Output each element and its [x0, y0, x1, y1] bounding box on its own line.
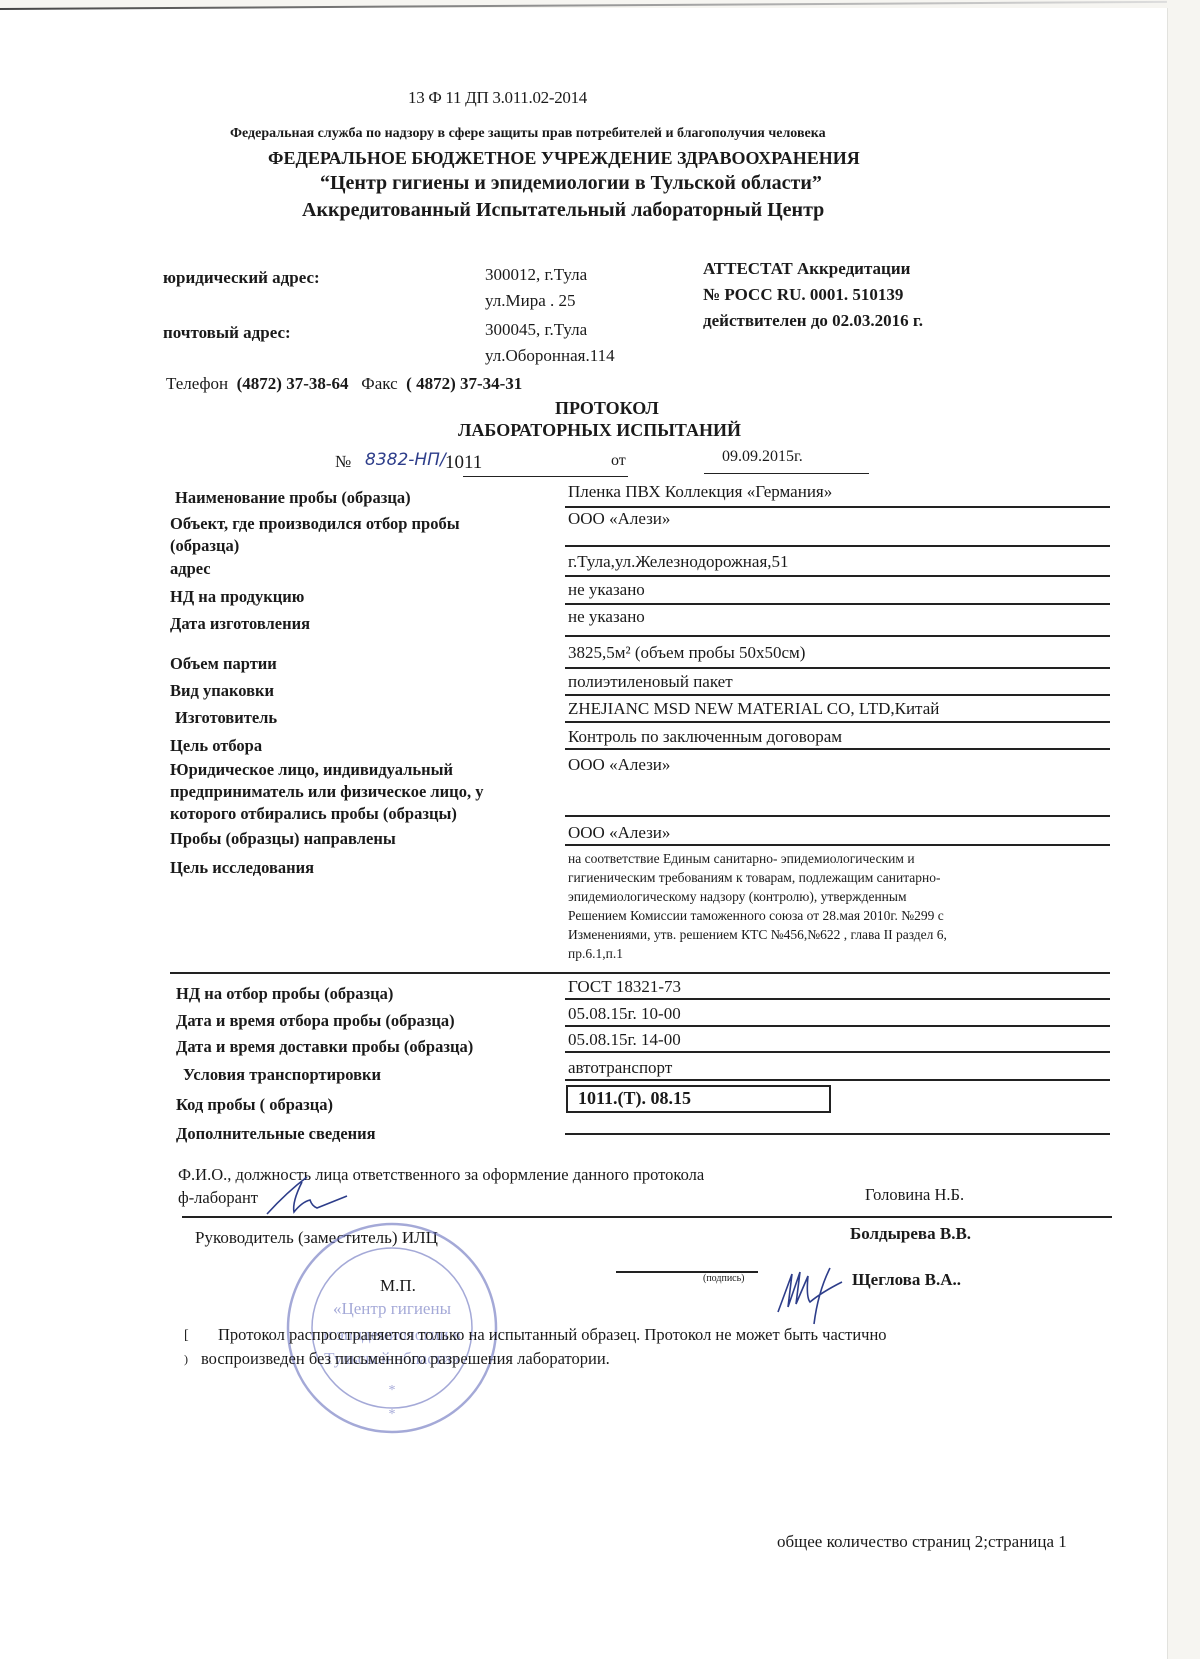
- section-divider: [170, 972, 1110, 974]
- postal-address-value: 300045, г.Тула ул.Оборонная.114: [485, 317, 615, 369]
- field-label-packaging: Вид упаковки: [170, 680, 274, 702]
- contacts-line: Телефон (4872) 37-38-64 Факс ( 4872) 37-…: [166, 374, 522, 394]
- date-underline: [704, 473, 869, 474]
- seal-label: М.П.: [380, 1276, 416, 1296]
- field-line: [565, 815, 1110, 817]
- note-line-1: Протокол распространяется только на испы…: [218, 1325, 887, 1345]
- protocol-number: № 8382-НП/ 1011: [335, 450, 635, 480]
- field-line: [565, 506, 1110, 508]
- handwritten-number: 8382-НП/: [365, 450, 446, 470]
- note-line-2: воспроизведен без письменного разрешения…: [201, 1349, 610, 1369]
- field-line: [565, 694, 1110, 696]
- field-line: [565, 1051, 1110, 1053]
- postal-address-line2: ул.Оборонная.114: [485, 343, 615, 369]
- field-label-object: Объект, где производился отбор пробы: [170, 513, 460, 535]
- field-label-additional-info: Дополнительные сведения: [176, 1123, 376, 1145]
- field-value-legal-entity: ООО «Алези»: [568, 755, 670, 775]
- fax-value: ( 4872) 37-34-31: [406, 374, 522, 393]
- field-value-nd-product: не указано: [568, 580, 645, 600]
- number-underline: [463, 476, 628, 477]
- field-label-sample-name: Наименование пробы (образца): [175, 487, 411, 509]
- field-label-object-2: (образца): [170, 535, 239, 557]
- field-value-sample-code: 1011.(Т). 08.15: [578, 1088, 691, 1109]
- field-value-nd-sampling: ГОСТ 18321-73: [568, 977, 681, 997]
- field-label-delivery-datetime: Дата и время доставки пробы (образца): [176, 1036, 473, 1058]
- field-value-sample-name: Пленка ПВХ Коллекция «Германия»: [568, 482, 832, 502]
- field-line: [565, 635, 1110, 637]
- accreditation-block: АТТЕСТАТ Аккредитации № РОСС RU. 0001. 5…: [703, 256, 923, 334]
- field-value-object: ООО «Алези»: [568, 509, 670, 529]
- number-sign: №: [335, 452, 351, 472]
- field-value-manufacture-date: не указано: [568, 607, 645, 627]
- field-label-legal-entity: Юридическое лицо, индивидуальный: [170, 759, 453, 781]
- head-name: Болдырева В.В.: [850, 1224, 971, 1244]
- fax-label: Факс: [361, 374, 397, 393]
- field-value-transport: автотранспорт: [568, 1058, 672, 1078]
- field-value-packaging: полиэтиленовый пакет: [568, 672, 733, 692]
- field-line: [565, 844, 1110, 846]
- field-value-research-purpose: на соответствие Единым санитарно- эпидем…: [568, 849, 1108, 963]
- research-line: Изменениями, утв. решением КТС №456,№622…: [568, 925, 1108, 944]
- signature-caption: (подпись): [703, 1273, 745, 1284]
- field-line: [565, 1025, 1110, 1027]
- research-line: Решением Комиссии таможенного союза от 2…: [568, 906, 1108, 925]
- note-mark: ): [184, 1352, 188, 1367]
- field-value-batch-volume: 3825,5м² (объем пробы 50х50см): [568, 643, 805, 663]
- accreditation-title: АТТЕСТАТ Аккредитации: [703, 256, 923, 282]
- signature-divider: [182, 1216, 1112, 1218]
- field-label-batch-volume: Объем партии: [170, 653, 277, 675]
- head-label: Руководитель (заместитель) ИЛЦ: [195, 1228, 438, 1248]
- protocol-date: 09.09.2015г.: [722, 448, 803, 466]
- responsible-name: Головина Н.Б.: [865, 1185, 964, 1205]
- research-line: гигиеническим требованиям к товарам, под…: [568, 868, 1108, 887]
- accreditation-number: № РОСС RU. 0001. 510139: [703, 282, 923, 308]
- responsible-position: ф-лаборант: [178, 1188, 258, 1208]
- field-label-sent-to: Пробы (образцы) направлены: [170, 828, 396, 850]
- protocol-title: ПРОТОКОЛ: [555, 398, 659, 419]
- field-value-delivery-datetime: 05.08.15г. 14-00: [568, 1030, 681, 1050]
- field-value-sent-to: ООО «Алези»: [568, 823, 670, 843]
- field-label-sampling-purpose: Цель отбора: [170, 735, 262, 757]
- responsible-person-label: Ф.И.О., должность лица ответственного за…: [178, 1165, 704, 1185]
- legal-address-label: юридический адрес:: [163, 268, 320, 288]
- legal-address-line2: ул.Мира . 25: [485, 288, 587, 314]
- field-label-transport: Условия транспортировки: [183, 1064, 381, 1086]
- institution-name: ФЕДЕРАЛЬНОЕ БЮДЖЕТНОЕ УЧРЕЖДЕНИЕ ЗДРАВОО…: [268, 148, 860, 169]
- center-name: “Центр гигиены и эпидемиологии в Тульско…: [320, 172, 822, 195]
- service-name: Федеральная служба по надзору в сфере за…: [230, 126, 826, 142]
- page-count: общее количество страниц 2;страница 1: [777, 1532, 1067, 1552]
- field-line: [565, 998, 1110, 1000]
- field-value-sampling-datetime: 05.08.15г. 10-00: [568, 1004, 681, 1024]
- field-line: [565, 667, 1110, 669]
- field-line: [565, 1133, 1110, 1135]
- protocol-subtitle: ЛАБОРАТОРНЫХ ИСПЫТАНИЙ: [458, 420, 741, 441]
- postal-address-label: почтовый адрес:: [163, 323, 291, 343]
- signer-name: Щеглова В.А..: [852, 1270, 961, 1290]
- research-line: эпидемиологическому надзору (контролю), …: [568, 887, 1108, 906]
- legal-address-value: 300012, г.Тула ул.Мира . 25: [485, 262, 587, 314]
- phone-value: (4872) 37-38-64: [237, 374, 349, 393]
- field-label-nd-product: НД на продукцию: [170, 586, 304, 608]
- field-label-legal-entity-3: которого отбирались пробы (образцы): [170, 803, 457, 825]
- field-line: [565, 575, 1110, 577]
- postal-address-line1: 300045, г.Тула: [485, 317, 615, 343]
- field-label-legal-entity-2: предприниматель или физическое лицо, у: [170, 781, 483, 803]
- field-label-address: адрес: [170, 558, 211, 580]
- accreditation-validity: действителен до 02.03.2016 г.: [703, 308, 923, 334]
- field-label-manufacturer: Изготовитель: [175, 707, 277, 729]
- field-label-nd-sampling: НД на отбор пробы (образца): [176, 983, 393, 1005]
- field-label-research-purpose: Цель исследования: [170, 857, 314, 879]
- form-number: 13 Ф 11 ДП 3.011.02-2014: [408, 88, 587, 108]
- field-value-sampling-purpose: Контроль по заключенным договорам: [568, 727, 842, 747]
- research-line: пр.6.1,п.1: [568, 944, 1108, 963]
- field-line: [565, 545, 1110, 547]
- protocol-number-value: 1011: [445, 452, 482, 474]
- research-line: на соответствие Единым санитарно- эпидем…: [568, 849, 1108, 868]
- date-from-label: от: [611, 452, 626, 470]
- phone-label: Телефон: [166, 374, 228, 393]
- lab-center-name: Аккредитованный Испытательный лабораторн…: [302, 199, 824, 222]
- field-value-manufacturer: ZHEJIANC MSD NEW MATERIAL CO, LTD,Китай: [568, 699, 939, 719]
- field-label-sample-code: Код пробы ( образца): [176, 1094, 333, 1116]
- note-mark: [: [184, 1328, 189, 1344]
- field-value-address: г.Тула,ул.Железнодорожная,51: [568, 552, 789, 572]
- field-label-sampling-datetime: Дата и время отбора пробы (образца): [176, 1010, 455, 1032]
- field-line: [565, 1079, 1110, 1081]
- legal-address-line1: 300012, г.Тула: [485, 262, 587, 288]
- field-line: [565, 603, 1110, 605]
- field-line: [565, 748, 1110, 750]
- field-line: [565, 721, 1110, 723]
- field-label-manufacture-date: Дата изготовления: [170, 613, 310, 635]
